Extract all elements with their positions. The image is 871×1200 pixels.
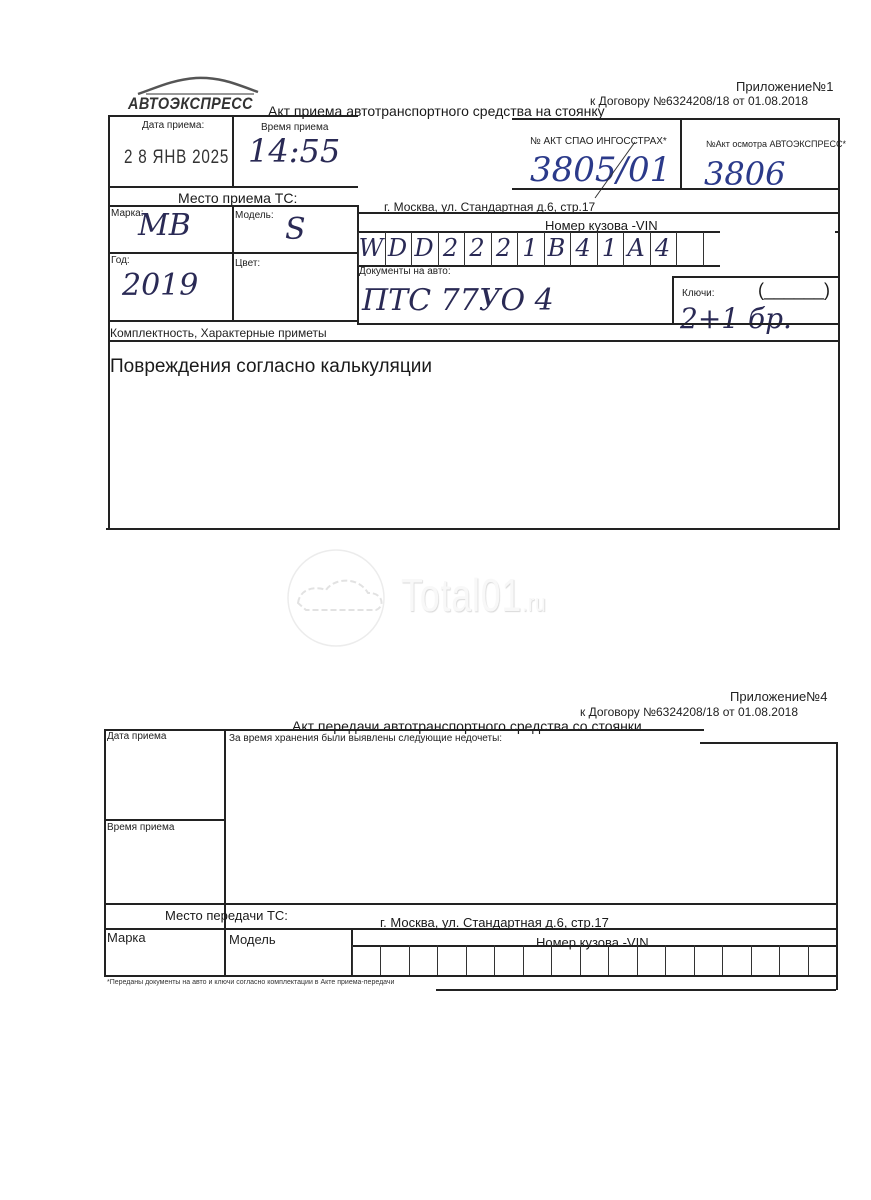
vin-box[interactable]: [352, 945, 353, 975]
vin-box[interactable]: [580, 945, 581, 975]
vin-box[interactable]: [466, 945, 467, 975]
vin-box[interactable]: [637, 945, 638, 975]
appendix-label: Приложение№1: [736, 79, 833, 94]
contract2-reference: к Договору №6324208/18 от 01.08.2018: [580, 705, 798, 719]
time2-label: Время приема: [107, 822, 174, 833]
watermark: Total01.ru: [286, 548, 596, 648]
brand-value[interactable]: MB: [138, 208, 191, 243]
defects-label: За время хранения были выявлены следующи…: [229, 733, 502, 744]
car-silhouette-icon: [136, 74, 261, 96]
watermark-car-icon: [286, 548, 396, 648]
vin-box[interactable]: [665, 945, 666, 975]
vin-box[interactable]: [779, 945, 780, 975]
vin-box[interactable]: [694, 945, 695, 975]
keys-blank: (______): [758, 280, 830, 301]
logo-text: АВТОЭКСПРЕСС: [128, 94, 253, 114]
form-title: Акт приема автотранспортного средства на…: [268, 103, 667, 119]
vin-box[interactable]: [676, 232, 677, 266]
time-value[interactable]: 14:55: [248, 132, 340, 170]
vin-box[interactable]: [523, 945, 524, 975]
vin-char: 2: [438, 234, 464, 262]
vin-char: 4: [570, 234, 596, 262]
keys-label: Ключи:: [682, 288, 715, 299]
date-label: Дата приема:: [142, 120, 204, 131]
vin-box[interactable]: [409, 945, 410, 975]
defects-field[interactable]: [228, 750, 833, 900]
vin-box[interactable]: [551, 945, 552, 975]
redacted-area: [720, 228, 835, 273]
form2-title: Акт передачи автотранспортного средства …: [292, 718, 642, 734]
vin2-label: Номер кузова -VIN: [536, 935, 649, 950]
date2-label: Дата приема: [107, 731, 166, 742]
documents-label: Документы на авто:: [359, 266, 451, 277]
color-label: Цвет:: [235, 258, 260, 269]
date-stamp[interactable]: 2 8 ЯНВ 2025: [124, 147, 229, 169]
footnote: *Переданы документы на авто и ключи согл…: [107, 979, 394, 986]
vin-char: 1: [517, 234, 543, 262]
model-label: Модель:: [235, 210, 274, 221]
autoexpress-act-label: №Акт осмотра АВТОЭКСПРЕСС*: [706, 139, 846, 149]
documents-value[interactable]: ПТС 77УО 4: [362, 283, 554, 318]
vin-box[interactable]: [808, 945, 809, 975]
vin-char: 2: [491, 234, 517, 262]
vin-box[interactable]: [608, 945, 609, 975]
year-label: Год:: [111, 255, 130, 266]
vin-box[interactable]: [703, 232, 704, 266]
vin-box[interactable]: [494, 945, 495, 975]
vin-char: D: [385, 234, 411, 262]
vin-box[interactable]: [437, 945, 438, 975]
vin-box[interactable]: [722, 945, 723, 975]
autoexpress-logo: АВТОЭКСПРЕСС: [128, 74, 266, 116]
completeness-label: Комплектность, Характерные приметы: [110, 326, 327, 340]
vin-char: A: [623, 234, 649, 262]
vin-char: W: [358, 234, 384, 262]
place2-label: Место передачи ТС:: [165, 908, 288, 923]
keys-value[interactable]: 2+1 бр.: [680, 302, 792, 335]
vin-char: 2: [464, 234, 490, 262]
brand2-label: Марка: [107, 930, 146, 945]
year-value[interactable]: 2019: [122, 268, 198, 303]
place-label: Место приема ТС:: [178, 190, 297, 206]
vin-box[interactable]: [751, 945, 752, 975]
strike-line: [590, 140, 640, 200]
vin-char: D: [411, 234, 437, 262]
vin-box[interactable]: [380, 945, 381, 975]
vin-char: 1: [597, 234, 623, 262]
vin-char: 4: [650, 234, 676, 262]
completeness-value[interactable]: Повреждения согласно калькуляции: [110, 356, 432, 378]
appendix2-label: Приложение№4: [730, 689, 827, 704]
model-value[interactable]: S: [285, 212, 306, 247]
vin-char: B: [544, 234, 570, 262]
model2-label: Модель: [229, 932, 276, 947]
